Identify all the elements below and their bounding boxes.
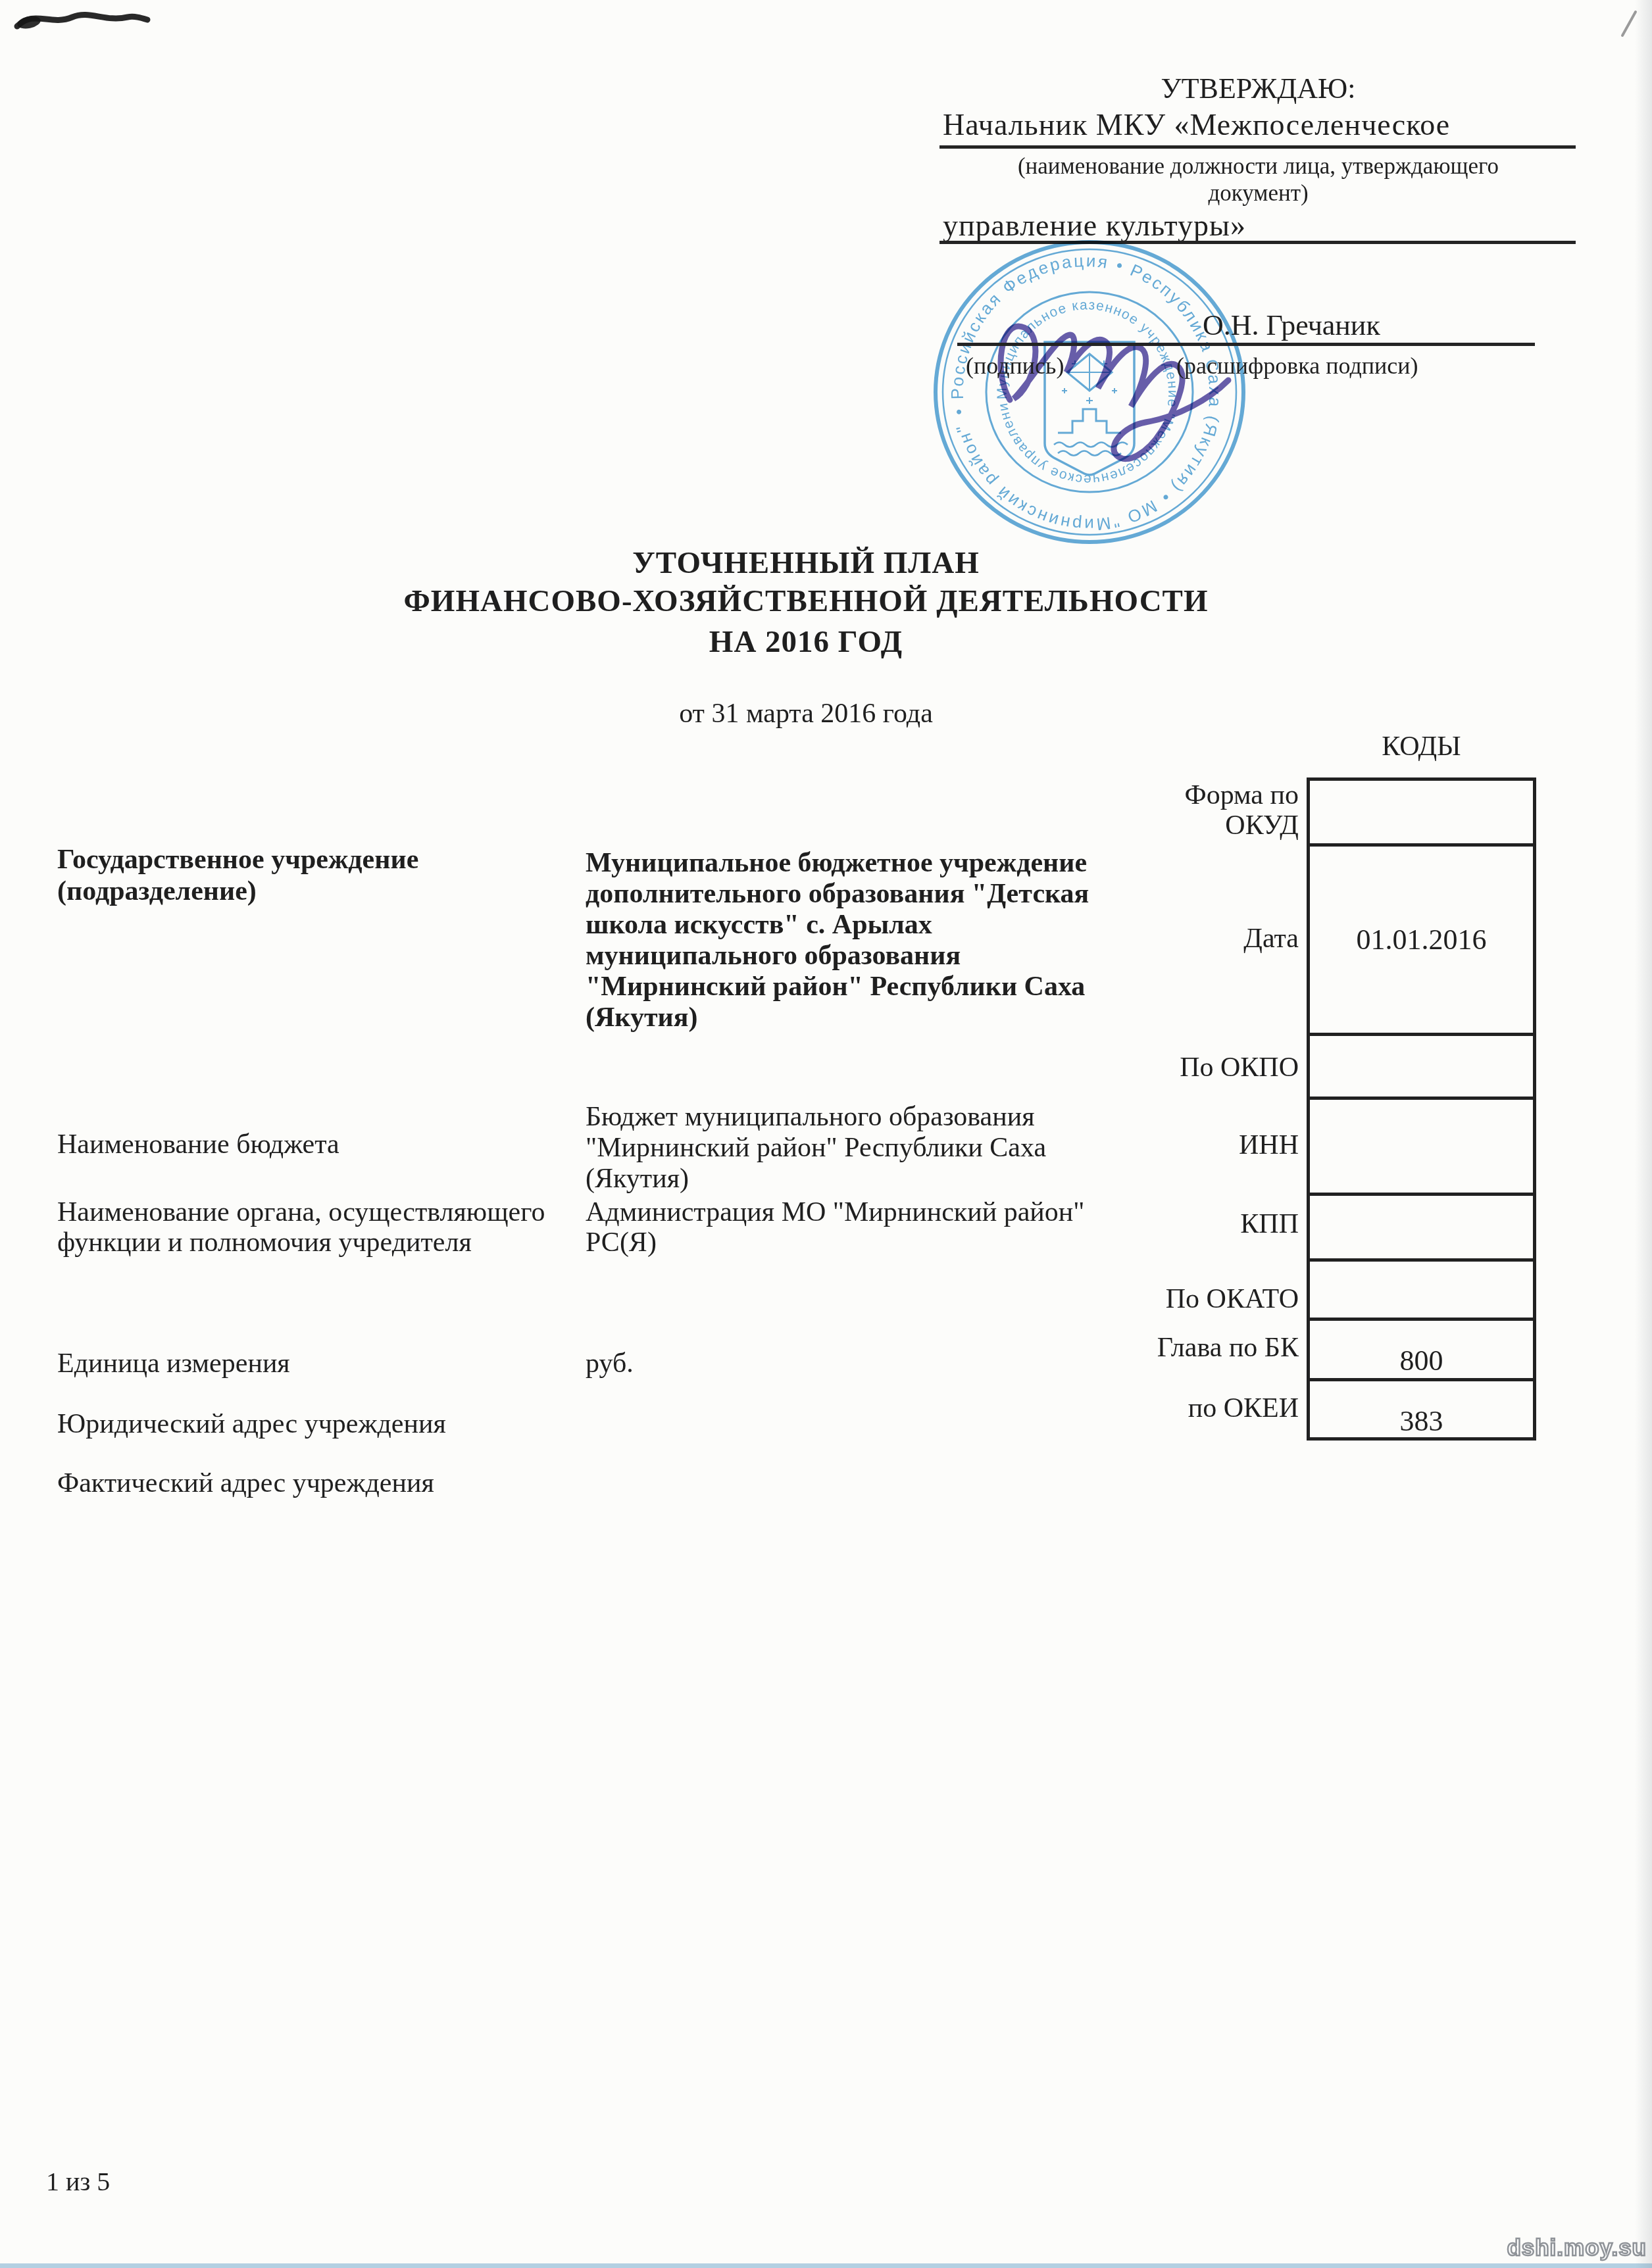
scan-bottom-edge (0, 2263, 1652, 2268)
field-founder-value-line: РС(Я) (586, 1227, 657, 1258)
codes-row-divider (1310, 1318, 1533, 1321)
code-label-okei: по ОКЕИ (1188, 1393, 1299, 1424)
document-title-line-3: НА 2016 ГОД (0, 625, 1612, 660)
field-founder-value-line: Администрация МО "Мирнинский район" (586, 1197, 1084, 1228)
document-title-line-2: ФИНАНСОВО-ХОЗЯЙСТВЕННОЙ ДЕЯТЕЛЬНОСТИ (0, 584, 1612, 619)
code-value-date: 01.01.2016 (1307, 924, 1536, 956)
field-unit-value: руб. (586, 1348, 634, 1379)
approver-underline-1 (939, 145, 1576, 149)
field-budget-value-line: "Мирнинский район" Республики Саха (586, 1133, 1046, 1164)
field-budget-value-line: (Якутия) (586, 1164, 689, 1195)
codes-table (1307, 777, 1536, 1441)
field-actual-address-label: Фактический адрес учреждения (57, 1468, 434, 1499)
code-label-bk: Глава по БК (1157, 1333, 1299, 1364)
codes-row-divider (1310, 1258, 1533, 1262)
codes-row-divider (1310, 1378, 1533, 1381)
code-label-kpp: КПП (1240, 1209, 1299, 1240)
field-unit-label: Единица измерения (57, 1348, 290, 1379)
signature-underline (957, 343, 1535, 346)
codes-row-divider (1310, 1193, 1533, 1196)
signature-caption: (подпись) (966, 353, 1064, 379)
field-institution-value-line: дополнительного образования "Детская (586, 879, 1089, 910)
site-watermark: dshi.moy.su (1507, 2235, 1647, 2261)
scanned-document-page: УТВЕРЖДАЮ: Начальник МКУ «Межпоселенческ… (0, 0, 1652, 2268)
approver-position-line-1: Начальник МКУ «Межпоселенческое (943, 108, 1450, 142)
name-decode-caption: (расшифровка подписи) (1176, 353, 1418, 379)
code-label-okud-line-2: ОКУД (1225, 810, 1299, 841)
field-institution-value-line: (Якутия) (586, 1002, 697, 1033)
scan-right-edge (1635, 0, 1652, 2268)
field-budget-label: Наименование бюджета (57, 1129, 339, 1160)
pen-scribble-mark (12, 3, 153, 39)
code-label-date: Дата (1243, 924, 1299, 954)
code-value-bk: 800 (1307, 1344, 1536, 1377)
codes-header: КОДЫ (1307, 731, 1536, 762)
code-label-okpo: По ОКПО (1180, 1052, 1299, 1083)
field-institution-label-line-2: (подразделение) (57, 876, 257, 907)
field-budget-value-line: Бюджет муниципального образования (586, 1102, 1034, 1133)
code-value-okei: 383 (1307, 1405, 1536, 1437)
code-label-okud-line-1: Форма по (1185, 780, 1299, 811)
approval-hint-line-2: документ) (941, 180, 1576, 206)
field-legal-address-label: Юридический адрес учреждения (57, 1409, 446, 1440)
field-institution-label-line-1: Государственное учреждение (57, 845, 418, 875)
field-founder-label-line-2: функции и полномочия учредителя (57, 1227, 472, 1258)
code-label-okato: По ОКАТО (1166, 1284, 1299, 1315)
code-label-inn: ИНН (1239, 1130, 1299, 1161)
approval-heading: УТВЕРЖДАЮ: (941, 72, 1576, 105)
document-date-line: от 31 марта 2016 года (0, 699, 1612, 729)
field-founder-label-line-1: Наименование органа, осуществляющего (57, 1197, 545, 1228)
field-institution-value-line: муниципального образования (586, 941, 961, 972)
page-number: 1 из 5 (46, 2167, 110, 2197)
field-institution-value-line: Муниципальное бюджетное учреждение (586, 848, 1087, 879)
document-title-line-1: УТОЧНЕННЫЙ ПЛАН (0, 546, 1612, 581)
approval-hint-line-1: (наименование должности лица, утверждающ… (941, 153, 1576, 179)
codes-row-divider (1310, 1097, 1533, 1100)
codes-row-divider (1310, 1033, 1533, 1036)
codes-row-divider (1310, 843, 1533, 847)
field-institution-value-line: школа искусств" с. Арылах (586, 910, 932, 941)
field-institution-value-line: "Мирнинский район" Республики Саха (586, 972, 1085, 1002)
approver-name: О.Н. Гречаник (1203, 309, 1380, 341)
